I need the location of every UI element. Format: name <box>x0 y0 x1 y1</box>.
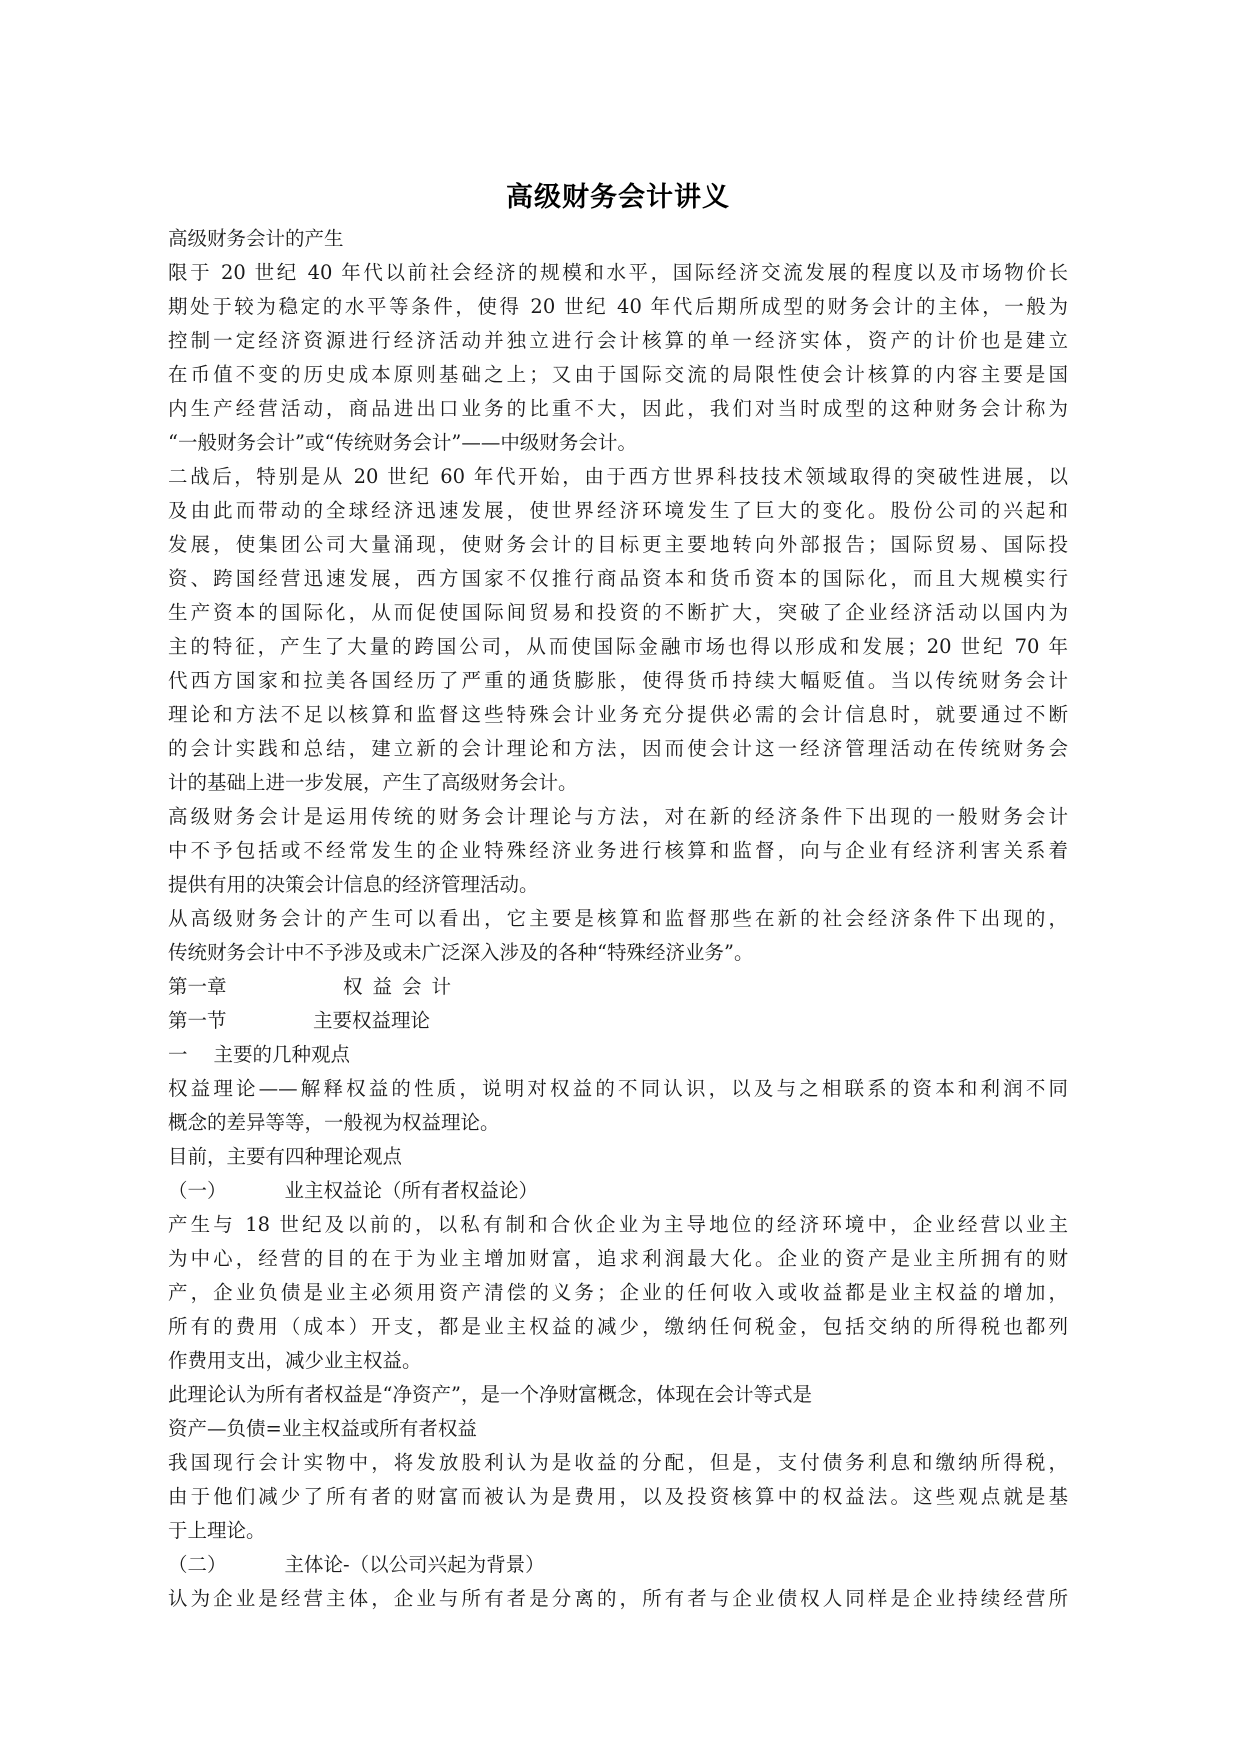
text-line: 内生产经营活动，商品进出口业务的比重不大，因此，我们对当时成型的这种财务会计称为 <box>168 392 1068 426</box>
text-line: 我国现行会计实物中，将发放股利认为是收益的分配，但是，支付债务利息和缴纳所得税， <box>168 1446 1068 1480</box>
text-line: 期处于较为稳定的水平等条件，使得 20 世纪 40 年代后期所成型的财务会计的主… <box>168 290 1068 324</box>
text-line: 认为企业是经营主体，企业与所有者是分离的，所有者与企业债权人同样是企业持续经营所 <box>168 1582 1068 1616</box>
text-line: 概念的差异等等，一般视为权益理论。 <box>168 1106 1068 1140</box>
item-2-heading: （二）主体论-（以公司兴起为背景） <box>168 1548 1068 1582</box>
section-heading: 高级财务会计的产生 <box>168 222 1068 256</box>
paragraph-proprietary-2: 此理论认为所有者权益是“净资产”，是一个净财富概念，体现在会计等式是 <box>168 1378 1068 1412</box>
text-line: 于上理论。 <box>168 1514 1068 1548</box>
text-line: “一般财务会计”或“传统财务会计”——中级财务会计。 <box>168 426 1068 460</box>
text-line: 为中心，经营的目的在于为业主增加财富，追求利润最大化。企业的资产是业主所拥有的财 <box>168 1242 1068 1276</box>
text-line: 限于 20 世纪 40 年代以前社会经济的规模和水平，国际经济交流发展的程度以及… <box>168 256 1068 290</box>
paragraph-entity-1: 认为企业是经营主体，企业与所有者是分离的，所有者与企业债权人同样是企业持续经营所 <box>168 1582 1068 1616</box>
text-line: 传统财务会计中不予涉及或未广泛深入涉及的各种“特殊经济业务”。 <box>168 936 1068 970</box>
text-line: 提供有用的决策会计信息的经济管理活动。 <box>168 868 1068 902</box>
text-line: 产生与 18 世纪及以前的，以私有制和合伙企业为主导地位的经济环境中，企业经营以… <box>168 1208 1068 1242</box>
item-1-heading: （一）业主权益论（所有者权益论） <box>168 1174 1068 1208</box>
text-line: 主的特征，产生了大量的跨国公司，从而使国际金融市场也得以形成和发展；20 世纪 … <box>168 630 1068 664</box>
text-line: 理论和方法不足以核算和监督这些特殊会计业务充分提供必需的会计信息时，就要通过不断 <box>168 698 1068 732</box>
text-line: 目前，主要有四种理论观点 <box>168 1140 1068 1174</box>
text-line: 的会计实践和总结，建立新的会计理论和方法，因而使会计这一经济管理活动在传统财务会 <box>168 732 1068 766</box>
text-line: 及由此而带动的全球经济迅速发展，使世界经济环境发生了巨大的变化。股份公司的兴起和 <box>168 494 1068 528</box>
text-line: 高级财务会计是运用传统的财务会计理论与方法，对在新的经济条件下出现的一般财务会计 <box>168 800 1068 834</box>
chapter-label: 第一章 <box>168 970 298 1004</box>
text-line: 在币值不变的历史成本原则基础之上；又由于国际交流的局限性使会计核算的内容主要是国 <box>168 358 1068 392</box>
text-line: 由于他们减少了所有者的财富而被认为是费用，以及投资核算中的权益法。这些观点就是基 <box>168 1480 1068 1514</box>
text-line: 资、跨国经营迅速发展，西方国家不仅推行商品资本和货币资本的国际化，而且大规模实行 <box>168 562 1068 596</box>
subsection-title: 主要的几种观点 <box>214 1043 351 1066</box>
section-title-row: 第一节主要权益理论 <box>168 1004 1068 1038</box>
text-line: 中不予包括或不经常发生的企业特殊经济业务进行核算和监督，向与企业有经济利害关系着 <box>168 834 1068 868</box>
paragraph-proprietary-3: 我国现行会计实物中，将发放股利认为是收益的分配，但是，支付债务利息和缴纳所得税，… <box>168 1446 1068 1548</box>
text-line: 权益理论——解释权益的性质，说明对权益的不同认识，以及与之相联系的资本和利润不同 <box>168 1072 1068 1106</box>
paragraph-origin-1: 限于 20 世纪 40 年代以前社会经济的规模和水平，国际经济交流发展的程度以及… <box>168 256 1068 460</box>
text-line: 发展，使集团公司大量涌现，使财务会计的目标更主要地转向外部报告；国际贸易、国际投 <box>168 528 1068 562</box>
paragraph-conclusion: 从高级财务会计的产生可以看出，它主要是核算和监督那些在新的社会经济条件下出现的，… <box>168 902 1068 970</box>
text-line: 计的基础上进一步发展，产生了高级财务会计。 <box>168 766 1068 800</box>
paragraph-four-views: 目前，主要有四种理论观点 <box>168 1140 1068 1174</box>
paragraph-proprietary-1: 产生与 18 世纪及以前的，以私有制和合伙企业为主导地位的经济环境中，企业经营以… <box>168 1208 1068 1378</box>
item-1-label: （一） <box>168 1179 227 1202</box>
paragraph-origin-2: 二战后，特别是从 20 世纪 60 年代开始，由于西方世界科技技术领域取得的突破… <box>168 460 1068 800</box>
item-2-label: （二） <box>168 1553 227 1576</box>
subsection-heading: 一主要的几种观点 <box>168 1038 1068 1072</box>
text-line: 作费用支出，减少业主权益。 <box>168 1344 1068 1378</box>
text-line: 资产—负债=业主权益或所有者权益 <box>168 1412 1068 1446</box>
text-line: 控制一定经济资源进行经济活动并独立进行会计核算的单一经济实体，资产的计价也是建立 <box>168 324 1068 358</box>
chapter-heading: 第一章权益会计 <box>168 970 1068 1004</box>
document-title: 高级财务会计讲义 <box>168 175 1068 214</box>
text-line: 从高级财务会计的产生可以看出，它主要是核算和监督那些在新的社会经济条件下出现的， <box>168 902 1068 936</box>
text-line: 产，企业负债是业主必须用资产清偿的义务；企业的任何收入或收益都是业主权益的增加， <box>168 1276 1068 1310</box>
item-2-title: 主体论-（以公司兴起为背景） <box>285 1553 545 1576</box>
paragraph-equity-theory: 权益理论——解释权益的性质，说明对权益的不同认识，以及与之相联系的资本和利润不同… <box>168 1072 1068 1140</box>
subsection-label: 一 <box>168 1043 188 1066</box>
text-line: 所有的费用（成本）开支，都是业主权益的减少，缴纳任何税金，包括交纳的所得税也都列 <box>168 1310 1068 1344</box>
text-line: 生产资本的国际化，从而促使国际间贸易和投资的不断扩大，突破了企业经济活动以国内为 <box>168 596 1068 630</box>
text-line: 此理论认为所有者权益是“净资产”，是一个净财富概念，体现在会计等式是 <box>168 1378 1068 1412</box>
chapter-title: 权益会计 <box>343 975 461 998</box>
item-1-title: 业主权益论（所有者权益论） <box>285 1179 539 1202</box>
section-label: 第一节 <box>168 1004 298 1038</box>
section-title: 主要权益理论 <box>313 1009 430 1032</box>
document-body: 高级财务会计的产生 限于 20 世纪 40 年代以前社会经济的规模和水平，国际经… <box>168 222 1068 1616</box>
text-line: 代西方国家和拉美各国经历了严重的通货膨胀，使得货币持续大幅贬值。当以传统财务会计 <box>168 664 1068 698</box>
text-line: 二战后，特别是从 20 世纪 60 年代开始，由于西方世界科技技术领域取得的突破… <box>168 460 1068 494</box>
paragraph-definition: 高级财务会计是运用传统的财务会计理论与方法，对在新的经济条件下出现的一般财务会计… <box>168 800 1068 902</box>
accounting-equation: 资产—负债=业主权益或所有者权益 <box>168 1412 1068 1446</box>
